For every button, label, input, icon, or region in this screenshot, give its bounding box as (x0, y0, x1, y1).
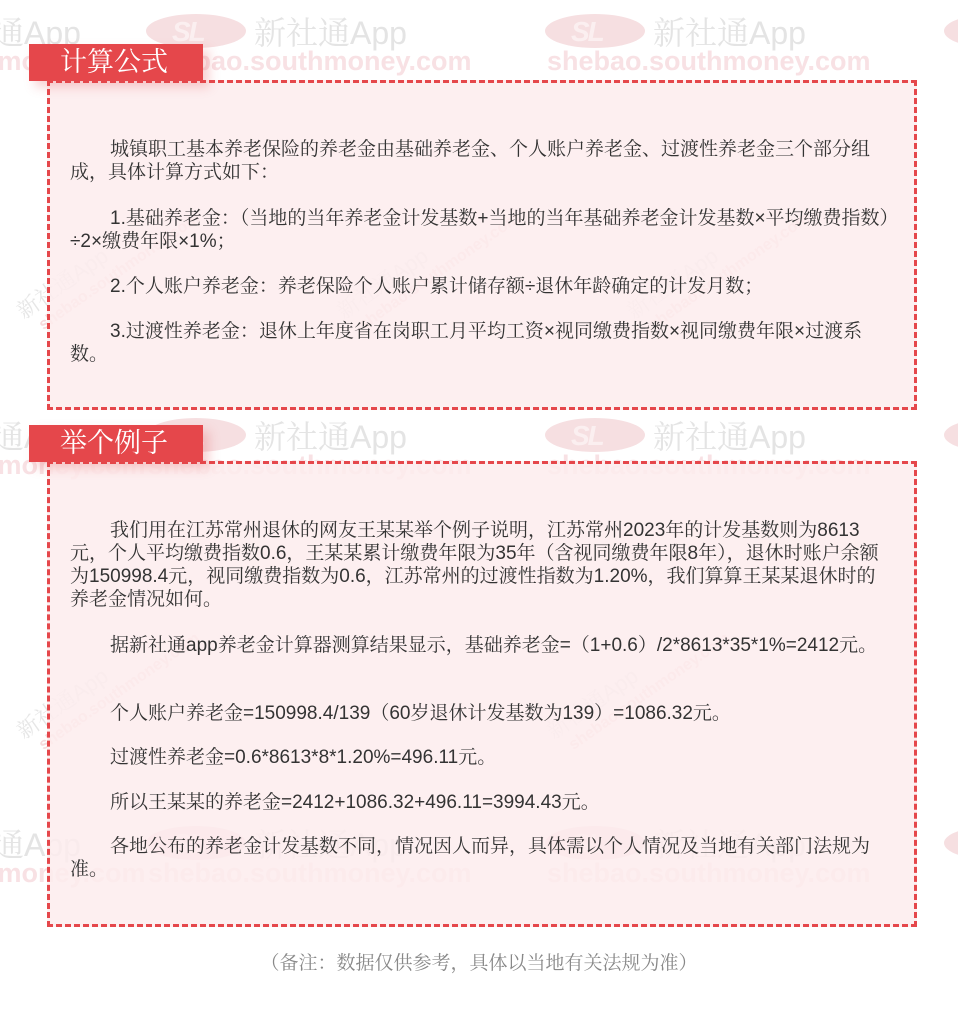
formula-intro: 城镇职工基本养老保险的养老金由基础养老金、个人账户养老金、过渡性养老金三个部分组… (70, 138, 894, 184)
brand-logo-icon (545, 418, 645, 452)
example-box: 我们用在江苏常州退休的网友王某某举个例子说明，江苏常州2023年的计发基数则为8… (47, 461, 917, 927)
watermark (944, 412, 958, 482)
watermark (944, 8, 958, 78)
brand-logo-icon (146, 14, 246, 48)
brand-logo-icon (545, 14, 645, 48)
watermark: 新社通App shebao.southmoney.com (545, 8, 845, 78)
watermark (944, 820, 958, 890)
brand-logo-icon (944, 14, 958, 48)
section-title-example: 举个例子 (29, 425, 203, 462)
formula-transitional: 3.过渡性养老金：退休上年度省在岗职工月平均工资×视同缴费指数×视同缴费年限×过… (70, 320, 894, 366)
formula-personal-account: 2.个人账户养老金：养老保险个人账户累计储存额÷退休年龄确定的计发月数； (70, 275, 894, 298)
example-transitional: 过渡性养老金=0.6*8613*8*1.20%=496.11元。 (70, 746, 894, 769)
watermark-brand: 新社通App (254, 412, 407, 458)
example-total: 所以王某某的养老金=2412+1086.32+496.11=3994.43元。 (70, 791, 894, 814)
example-intro: 我们用在江苏常州退休的网友王某某举个例子说明，江苏常州2023年的计发基数则为8… (70, 519, 894, 611)
section-title-formula: 计算公式 (29, 44, 203, 81)
example-disclaimer: 各地公布的养老金计发基数不同，情况因人而异，具体需以个人情况及当地有关部门法规为… (70, 835, 894, 881)
watermark-brand: 新社通App (653, 8, 806, 54)
watermark-brand: 新社通App (254, 8, 407, 54)
footnote: （备注：数据仅供参考，具体以当地有关法规为准） (0, 948, 958, 975)
example-personal-account: 个人账户养老金=150998.4/139（60岁退休计发基数为139）=1086… (70, 702, 894, 725)
example-basic-pension: 据新社通app养老金计算器测算结果显示，基础养老金=（1+0.6）/2*8613… (70, 634, 894, 657)
watermark-brand: 新社通App (653, 412, 806, 458)
formula-basic-pension: 1.基础养老金：（当地的当年养老金计发基数+当地的当年基础养老金计发基数×平均缴… (70, 207, 894, 253)
formula-box: 城镇职工基本养老保险的养老金由基础养老金、个人账户养老金、过渡性养老金三个部分组… (47, 80, 917, 410)
watermark-url: shebao.southmoney.com (547, 46, 871, 77)
brand-logo-icon (944, 826, 958, 860)
brand-logo-icon (944, 418, 958, 452)
